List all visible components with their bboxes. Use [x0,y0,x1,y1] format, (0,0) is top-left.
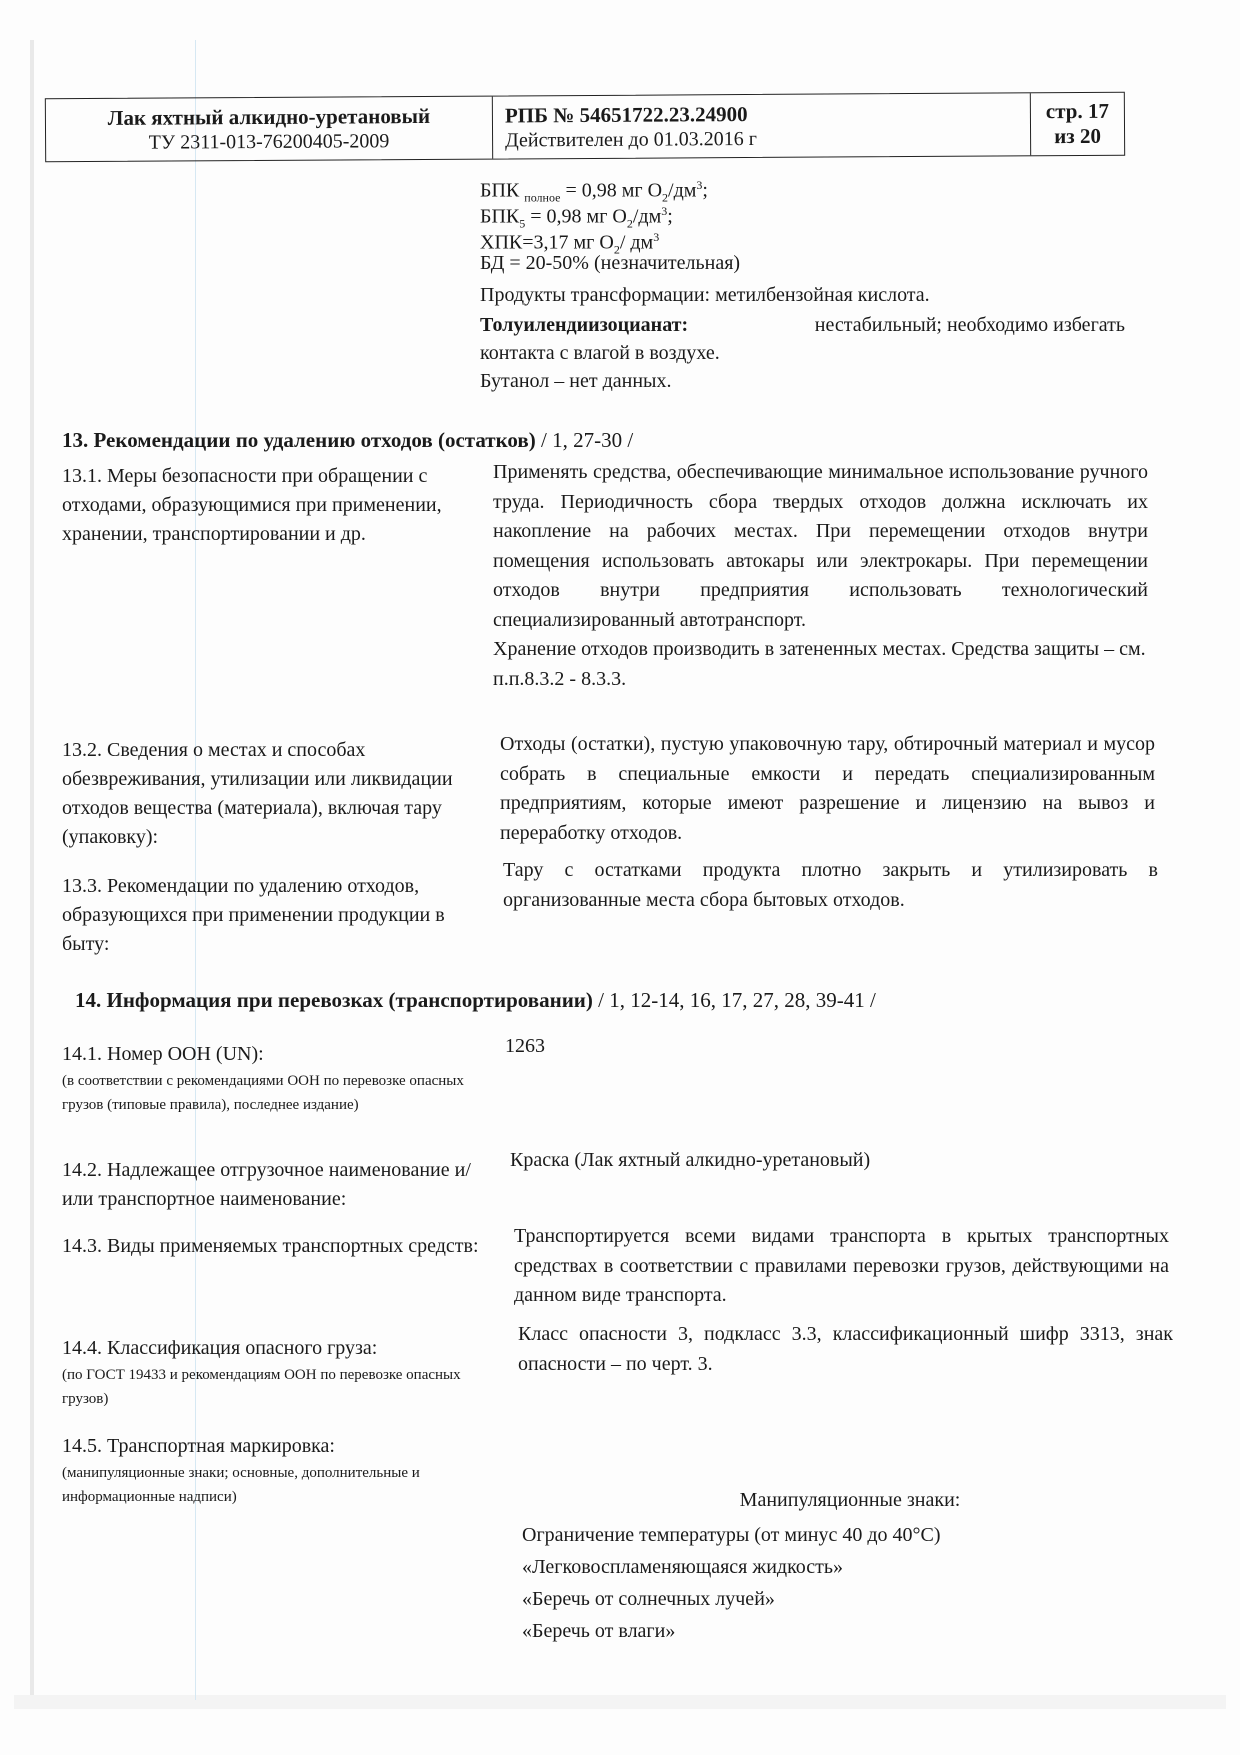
item-14-1-label: 14.1. Номер ООН (UN): (в соответствии с … [62,1040,492,1117]
marks-title: Манипуляционные знаки: [520,1487,1180,1513]
item-14-5-label: 14.5. Транспортная маркировка: (манипуля… [62,1432,482,1509]
label-text: 14.5. Транспортная маркировка: [62,1435,335,1457]
toluene-text: нестабильный; необходимо избегать [815,312,1125,338]
label-note: (в соответствии с рекомендациями ООН по … [62,1069,492,1117]
shipping-name: Краска (Лак яхтный алкидно-уретановый) [510,1146,1165,1176]
section-14-heading: 14. Информация при перевозках (транспорт… [75,988,876,1013]
valid-until: Действителен до 01.03.2016 г [505,125,1030,152]
value-text-2: Хранение отходов производить в затененны… [493,635,1148,694]
heading-refs: / 1, 12-14, 16, 17, 27, 28, 39-41 / [593,988,876,1012]
toluene-text-2: контакта с влагой в воздухе. [480,340,720,366]
item-13-1-label: 13.1. Меры безопасности при обращении с … [62,462,492,549]
page-number: стр. 17 [1046,99,1109,124]
toluene-line: Толуилендиизоцианат: нестабильный; необх… [480,312,1125,338]
item-13-3-label: 13.3. Рекомендации по удалению отходов, … [62,872,462,959]
butanol-line: Бутанол – нет данных. [480,368,671,394]
item-14-3-label: 14.3. Виды применяемых транспортных сред… [62,1232,482,1261]
marks-list: Ограничение температуры (от минус 40 до … [522,1519,941,1647]
product-spec: ТУ 2311-013-76200405-2009 [149,129,390,154]
header-product: Лак яхтный алкидно-уретановый ТУ 2311-01… [46,97,493,162]
mark-temperature: Ограничение температуры (от минус 40 до … [522,1519,941,1551]
transport-modes: Транспортируется всеми видами транспорта… [514,1222,1169,1311]
label-note: (манипуляционные знаки; основные, дополн… [62,1461,482,1509]
un-number: 1263 [505,1032,1160,1062]
mark-sunlight: «Беречь от солнечных лучей» [522,1583,941,1615]
item-13-1-value: Применять средства, обеспечивающие миним… [493,458,1148,694]
product-name: Лак яхтный алкидно-уретановый [108,103,431,130]
value-text: Применять средства, обеспечивающие миним… [493,458,1148,635]
heading-text: 13. Рекомендации по удалению отходов (ос… [62,428,536,452]
semicolon: ; [702,180,708,202]
label-text: 14.1. Номер ООН (UN): [62,1043,264,1065]
heading-text: 14. Информация при перевозках (транспорт… [75,988,593,1012]
document-header: Лак яхтный алкидно-уретановый ТУ 2311-01… [45,92,1125,163]
header-registration: РПБ № 54651722.23.24900 Действителен до … [493,93,1031,158]
label-note: (по ГОСТ 19433 и рекомендациям ООН по пе… [62,1363,492,1411]
transformation-line: Продукты трансформации: метилбензойная к… [480,282,930,308]
heading-refs: / 1, 27-30 / [536,428,633,452]
semicolon: ; [667,206,673,228]
bd-line: БД = 20-50% (незначительная) [480,250,740,276]
hazard-class: Класс опасности 3, подкласс 3.3, классиф… [518,1320,1173,1379]
item-13-3-value: Тару с остатками продукта плотно закрыть… [503,856,1158,915]
header-page: стр. 17 из 20 [1031,93,1124,156]
mark-moisture: «Беречь от влаги» [522,1615,941,1647]
registration-number: РПБ № 54651722.23.24900 [505,100,1030,128]
item-13-2-label: 13.2. Сведения о местах и способах обезв… [62,736,492,852]
cube: 3 [653,230,659,244]
item-14-4-label: 14.4. Классификация опасного груза: (по … [62,1334,492,1411]
item-14-2-label: 14.2. Надлежащее отгрузочное наименовани… [62,1156,502,1214]
section-13-heading: 13. Рекомендации по удалению отходов (ос… [62,428,633,453]
mark-flammable: «Легковоспламеняющаяся жидкость» [522,1551,941,1583]
label-text: 14.4. Классификация опасного груза: [62,1337,377,1359]
page-total: из 20 [1054,124,1101,149]
toluene-label: Толуилендиизоцианат: [480,312,688,338]
item-13-2-value: Отходы (остатки), пустую упаковочную тар… [500,730,1155,848]
document-page: Лак яхтный алкидно-уретановый ТУ 2311-01… [0,0,1240,1755]
